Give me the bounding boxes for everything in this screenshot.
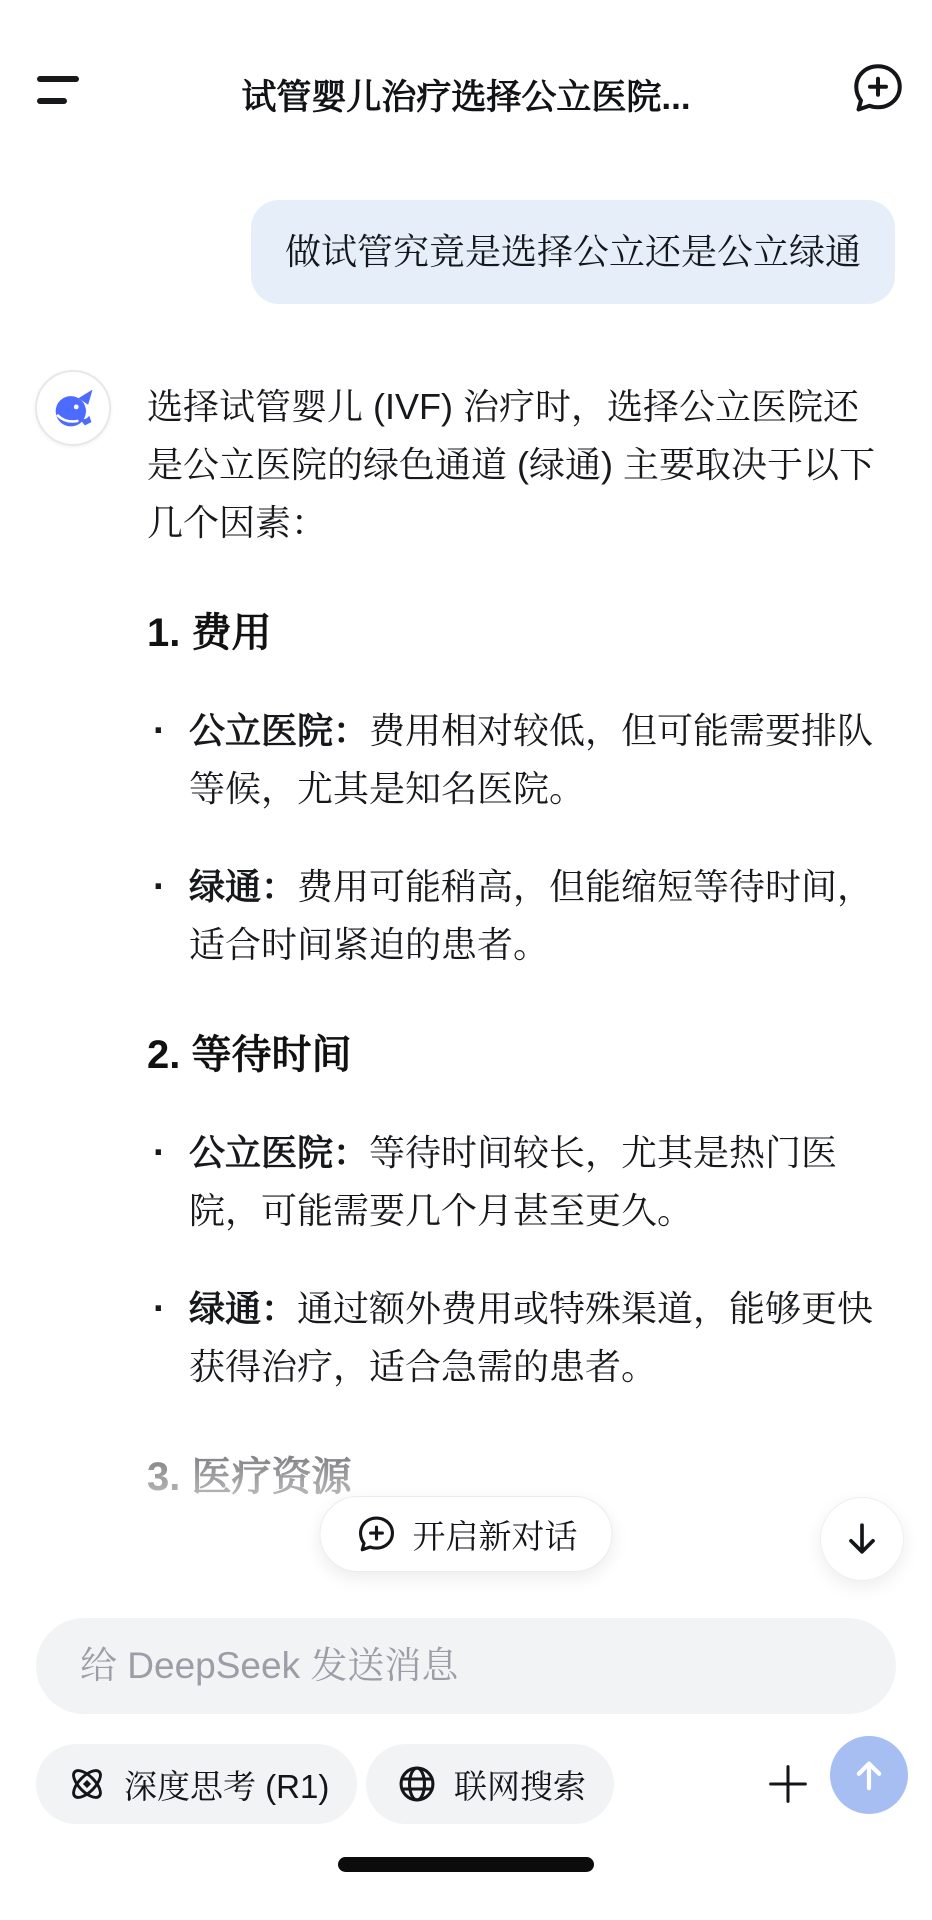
cost-bullet-list: 公立医院：费用相对较低，但可能需要排队等候，尤其是知名医院。 绿通：费用可能稍高… [147, 702, 892, 974]
send-button[interactable] [830, 1736, 908, 1814]
arrow-down-icon [840, 1517, 884, 1561]
assistant-message-content: 选择试管婴儿 (IVF) 治疗时，选择公立医院还是公立医院的绿色通道 (绿通) … [147, 370, 892, 1502]
deepseek-whale-icon [47, 382, 99, 434]
user-message-row: 做试管究竟是选择公立还是公立绿通 [0, 150, 932, 304]
bullet-term: 公立医院： [189, 1132, 369, 1173]
deep-think-label: 深度思考 (R1) [124, 1761, 329, 1808]
assistant-avatar [35, 370, 111, 446]
user-message-bubble: 做试管究竟是选择公立还是公立绿通 [251, 200, 895, 304]
wait-time-bullet-list: 公立医院：等待时间较长，尤其是热门医院，可能需要几个月甚至更久。 绿通：通过额外… [147, 1124, 892, 1396]
deep-think-toggle-button[interactable]: 深度思考 (R1) [36, 1744, 357, 1824]
arrow-up-icon [848, 1754, 890, 1796]
start-new-chat-button[interactable]: 开启新对话 [320, 1496, 613, 1572]
chat-bubble-plus-icon [848, 58, 908, 118]
bullet-term: 公立医院： [189, 710, 369, 751]
bullet-item: 公立医院：等待时间较长，尤其是热门医院，可能需要几个月甚至更久。 [147, 1124, 892, 1240]
app-header: 试管婴儿治疗选择公立医院... [0, 0, 932, 150]
message-input[interactable] [36, 1618, 896, 1714]
web-search-label: 联网搜索 [454, 1761, 586, 1808]
bullet-item: 绿通：通过额外费用或特殊渠道，能够更快获得治疗，适合急需的患者。 [147, 1280, 892, 1396]
new-chat-button[interactable] [848, 58, 908, 118]
atom-icon [64, 1761, 110, 1807]
attach-button[interactable] [754, 1750, 822, 1818]
assistant-message-row: 选择试管婴儿 (IVF) 治疗时，选择公立医院还是公立医院的绿色通道 (绿通) … [0, 304, 932, 1502]
deepseek-chat-screen: 试管婴儿治疗选择公立医院... 做试管究竟是选择公立还是公立绿通 [0, 0, 932, 1920]
plus-icon [762, 1758, 814, 1810]
bullet-item: 公立医院：费用相对较低，但可能需要排队等候，尤其是知名医院。 [147, 702, 892, 818]
composer-bar: 深度思考 (R1) 联网搜索 [0, 1610, 932, 1920]
assistant-intro-paragraph: 选择试管婴儿 (IVF) 治疗时，选择公立医院还是公立医院的绿色通道 (绿通) … [147, 378, 892, 552]
chat-bubble-plus-icon [355, 1512, 399, 1556]
bullet-term: 绿通： [189, 866, 297, 907]
conversation-title: 试管婴儿治疗选择公立医院... [120, 70, 812, 120]
composer-tool-row: 深度思考 (R1) 联网搜索 [36, 1744, 932, 1824]
bullet-term: 绿通： [189, 1288, 297, 1329]
sidebar-menu-button[interactable] [30, 62, 90, 118]
globe-icon [394, 1761, 440, 1807]
section-heading-medical-resources: 3. 医疗资源 [147, 1452, 892, 1502]
section-heading-wait-time: 2. 等待时间 [147, 1030, 892, 1080]
home-indicator-bar [338, 1857, 594, 1872]
scroll-to-bottom-button[interactable] [820, 1497, 904, 1581]
web-search-toggle-button[interactable]: 联网搜索 [366, 1744, 614, 1824]
start-new-chat-label: 开启新对话 [413, 1511, 578, 1558]
bullet-item: 绿通：费用可能稍高，但能缩短等待时间，适合时间紧迫的患者。 [147, 858, 892, 974]
section-heading-cost: 1. 费用 [147, 608, 892, 658]
